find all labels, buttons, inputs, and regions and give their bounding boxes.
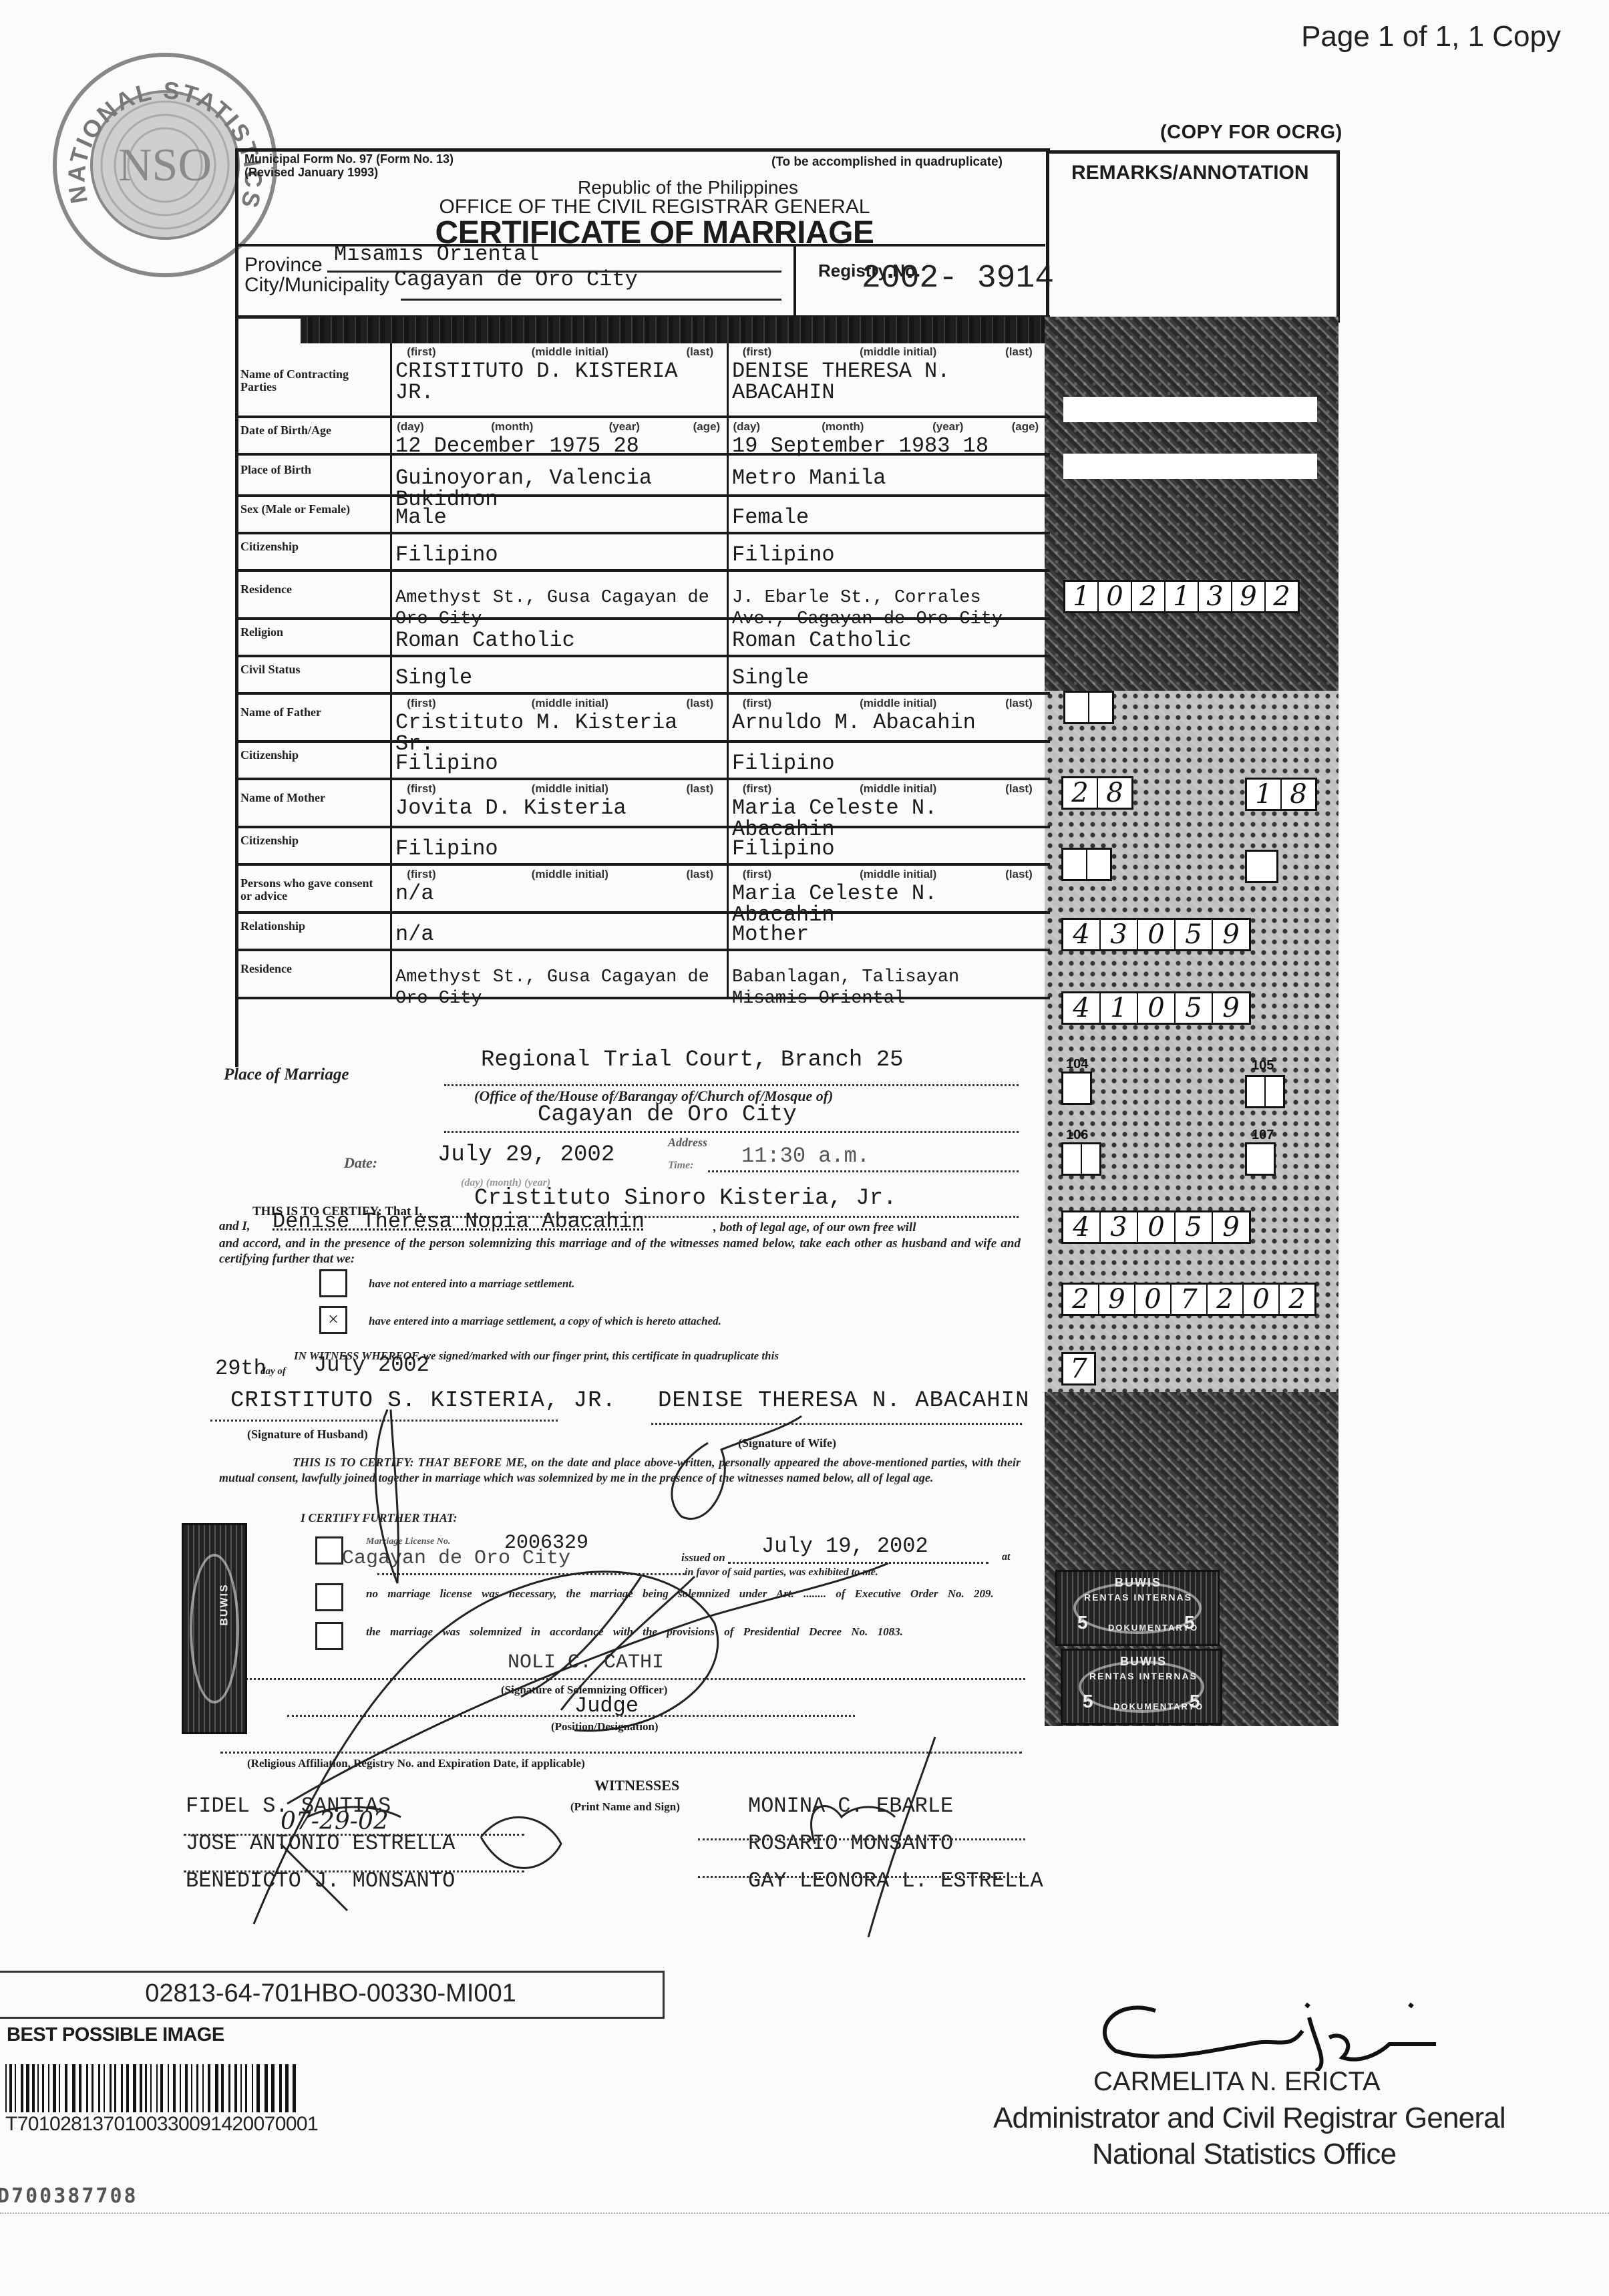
- subheader-first: (first): [407, 697, 435, 710]
- code-digit: 8: [1282, 780, 1315, 809]
- subheader-month: (month): [822, 420, 864, 434]
- subheader-first: (first): [407, 345, 435, 359]
- column-divider: [727, 497, 729, 532]
- column-divider: [390, 695, 392, 740]
- annotation-coding-column: 1021392 28 18 43059 41059 104 105 106 10…: [1045, 317, 1338, 1726]
- coding-blank-field: [1063, 454, 1317, 479]
- subheader-last: (last): [687, 782, 714, 796]
- table-row: Date of Birth/Age12 December 1975 2819 S…: [235, 418, 1050, 456]
- stamp-bottom-text: DOKUMENTARYO: [1113, 1701, 1204, 1711]
- column-divider: [390, 780, 392, 826]
- registrar-name: CARMELITA N. ERICTA: [1093, 2067, 1381, 2097]
- subheader-day: (day): [733, 420, 760, 434]
- code-digit: 1: [1247, 780, 1282, 809]
- code-digit: 9: [1232, 582, 1266, 611]
- code-digit: [1247, 1077, 1266, 1106]
- column-divider: [390, 620, 392, 655]
- husband-value: CRISTITUTO D. KISTERIA JR.: [395, 361, 724, 403]
- code-digit: 4: [1063, 920, 1101, 949]
- wife-value: Arnuldo M. Abacahin: [732, 712, 1041, 733]
- column-divider: [390, 951, 392, 997]
- subheader-year: (year): [609, 420, 640, 434]
- column-divider: [727, 418, 729, 453]
- place-code-box: 43059: [1061, 1210, 1251, 1244]
- age-wife-code-box: 18: [1245, 778, 1317, 811]
- province-label: Province: [244, 254, 323, 277]
- code-digit: [1063, 1074, 1090, 1103]
- column-divider: [727, 695, 729, 740]
- subheader-year: (year): [932, 420, 963, 434]
- certify-paragraph: and accord, and in the presence of the p…: [219, 1236, 1021, 1267]
- code-digit: 4: [1063, 1212, 1101, 1242]
- code-digit: 3: [1101, 1212, 1138, 1242]
- column-divider: [390, 866, 392, 911]
- subheader-month: (month): [491, 420, 533, 434]
- settlement-label: have entered into a marriage settlement,…: [369, 1315, 721, 1328]
- city-underline: [401, 299, 781, 301]
- subheader-last: (last): [1005, 782, 1033, 796]
- place-of-marriage-label: Place of Marriage: [224, 1065, 349, 1084]
- husband-value: Filipino: [395, 838, 724, 860]
- subheader-first: (first): [743, 868, 771, 881]
- stamp-text: BUWIS: [1120, 1655, 1167, 1669]
- column-divider: [390, 828, 392, 863]
- column-divider: [727, 620, 729, 655]
- row-label: Religion: [240, 626, 386, 639]
- dotted-line: [444, 1131, 1019, 1133]
- column-divider: [727, 866, 729, 911]
- form-number: Municipal Form No. 97 (Form No. 13) (Rev…: [244, 152, 454, 179]
- subheader-middle: (middle initial): [532, 345, 608, 359]
- subheader-middle: (middle initial): [532, 868, 608, 881]
- wife-value: Babanlagan, Talisayan Misamis Oriental: [732, 967, 1041, 1009]
- wife-value: Roman Catholic: [732, 630, 1041, 651]
- column-divider: [390, 572, 392, 617]
- wife-value: DENISE THERESA N. ABACAHIN: [732, 361, 1041, 403]
- subheader-age: (age): [693, 420, 721, 434]
- table-row: ReligionRoman CatholicRoman Catholic: [235, 620, 1050, 657]
- divider: [793, 246, 796, 318]
- coding-band: [301, 317, 1050, 343]
- code-label-107: 107: [1252, 1128, 1274, 1143]
- code-digit: 0: [1138, 1212, 1176, 1242]
- handwritten-signatures: [200, 1336, 1069, 1937]
- code-box-105: [1245, 1075, 1285, 1108]
- dotted-line: [444, 1084, 1019, 1086]
- row-label: Citizenship: [240, 540, 386, 553]
- code-box: [1063, 691, 1114, 724]
- column-divider: [727, 572, 729, 617]
- row-label: Place of Birth: [240, 464, 386, 476]
- column-divider: [390, 657, 392, 692]
- and-i-label: and I,: [219, 1219, 250, 1234]
- code-box-104: [1061, 1072, 1092, 1105]
- code-digit: 0: [1099, 582, 1132, 611]
- table-row: CitizenshipFilipinoFilipino: [235, 828, 1050, 866]
- wife-value: Filipino: [732, 544, 1041, 566]
- table-row: CitizenshipFilipinoFilipino: [235, 534, 1050, 572]
- column-divider: [727, 456, 729, 494]
- code-box-106: [1061, 1142, 1101, 1176]
- row-label: Name of Contracting Parties: [240, 368, 386, 393]
- form-revision-text: (Revised January 1993): [244, 166, 454, 179]
- stamp-text: BUWIS: [219, 1583, 231, 1625]
- settlement-checkbox[interactable]: ×: [319, 1306, 347, 1334]
- subheader-age: (age): [1012, 420, 1039, 434]
- subheader-last: (last): [1005, 868, 1033, 881]
- code-box: [1245, 850, 1278, 883]
- husband-full-name: Cristituto Sinoro Kisteria, Jr.: [474, 1186, 897, 1211]
- subheader-first: (first): [407, 782, 435, 796]
- subheader-last: (last): [687, 868, 714, 881]
- code-digit: [1089, 693, 1112, 722]
- subheader-middle: (middle initial): [532, 697, 608, 710]
- form-number-text: Municipal Form No. 97 (Form No. 13): [244, 152, 454, 166]
- best-possible-image-label: BEST POSSIBLE IMAGE: [7, 2024, 224, 2046]
- code-digit: 1: [1166, 582, 1199, 611]
- row-label: Name of Mother: [240, 792, 386, 804]
- code-digit: 9: [1213, 1212, 1249, 1242]
- column-divider: [390, 534, 392, 569]
- code-digit: [1247, 1144, 1274, 1174]
- code-digit: 0: [1135, 1285, 1172, 1314]
- husband-value: n/a: [395, 924, 724, 945]
- code-digit: 2: [1280, 1285, 1314, 1314]
- consent-code-box: 41059: [1061, 991, 1251, 1025]
- row-label: Citizenship: [240, 749, 386, 762]
- subheader-last: (last): [1005, 345, 1033, 359]
- code-digit: 5: [1176, 993, 1213, 1023]
- code-digit: 2: [1063, 778, 1098, 808]
- code-label-104: 104: [1066, 1057, 1088, 1072]
- quadruplicate-note: (To be accomplished in quadruplicate): [771, 155, 1003, 170]
- wife-value: Filipino: [732, 753, 1041, 774]
- code-label-106: 106: [1066, 1128, 1088, 1143]
- wife-value: Mother: [732, 924, 1041, 945]
- date-code-box: 2907202: [1061, 1283, 1316, 1316]
- husband-value: n/a: [395, 883, 724, 905]
- marriage-time: 11:30 a.m.: [741, 1144, 870, 1168]
- table-row: Sex (Male or Female)MaleFemale: [235, 497, 1050, 534]
- code-digit: 8: [1098, 778, 1131, 808]
- code-digit: 3: [1199, 582, 1232, 611]
- code-digit: [1087, 850, 1110, 879]
- column-divider: [390, 497, 392, 532]
- place-line2: Cagayan de Oro City: [538, 1102, 797, 1128]
- no-settlement-checkbox[interactable]: [319, 1269, 347, 1297]
- age-husband-code-box: 28: [1061, 776, 1133, 810]
- column-divider: [390, 743, 392, 778]
- code-digit: [1065, 693, 1089, 722]
- column-divider: [390, 914, 392, 949]
- column-divider: [727, 780, 729, 826]
- table-row: Name of FatherCristituto M. Kisteria Sr.…: [235, 695, 1050, 743]
- subheader-first: (first): [743, 697, 771, 710]
- copy-for-label: (COPY FOR OCRG): [1160, 122, 1343, 144]
- table-row: CitizenshipFilipinoFilipino: [235, 743, 1050, 780]
- column-divider: [727, 914, 729, 949]
- stamp-band-text: RENTAS INTERNAS: [1089, 1671, 1198, 1681]
- code-digit: 0: [1138, 993, 1176, 1023]
- wife-full-name: Denise Theresa Nopia Abacahin: [273, 1209, 645, 1234]
- code-digit: 0: [1244, 1285, 1280, 1314]
- seal-center-text: NSO: [118, 140, 212, 191]
- stamp-emblem: [190, 1554, 239, 1703]
- city-value: Cagayan de Oro City: [394, 267, 638, 292]
- wife-value: Filipino: [732, 838, 1041, 860]
- time-label: Time:: [668, 1160, 694, 1172]
- dotted-line: [708, 1170, 1019, 1172]
- table-row: Place of BirthGuinoyoran, Valencia Bukid…: [235, 456, 1050, 497]
- husband-value: Filipino: [395, 753, 724, 774]
- subheader-middle: (middle initial): [860, 697, 936, 710]
- marriage-date: July 29, 2002: [437, 1142, 614, 1168]
- husband-value: 12 December 1975 28: [395, 436, 724, 457]
- subheader-first: (first): [407, 868, 435, 881]
- subheader-middle: (middle initial): [532, 782, 608, 796]
- column-divider: [390, 343, 392, 416]
- table-row: Name of Contracting PartiesCRISTITUTO D.…: [235, 343, 1050, 418]
- column-divider: [727, 743, 729, 778]
- code-digit: 2: [1208, 1285, 1244, 1314]
- barcode-icon: [5, 2064, 299, 2112]
- code-digit: 0: [1138, 920, 1176, 949]
- row-label: Name of Father: [240, 706, 386, 719]
- column-divider: [727, 828, 729, 863]
- table-row: ResidenceAmethyst St., Gusa Cagayan de O…: [235, 951, 1050, 999]
- registrar-office: National Statistics Office: [1092, 2138, 1396, 2171]
- column-divider: [727, 657, 729, 692]
- row-label: Residence: [240, 963, 386, 975]
- date-label: Date:: [344, 1154, 377, 1172]
- stamp-bottom-text: DOKUMENTARYO: [1108, 1623, 1198, 1633]
- address-label: Address: [668, 1136, 707, 1150]
- subheader-first: (first): [743, 345, 771, 359]
- code-digit: [1082, 1144, 1099, 1174]
- table-row: Relationshipn/aMother: [235, 914, 1050, 951]
- code-digit: 1: [1101, 993, 1138, 1023]
- code-digit: [1266, 1077, 1283, 1106]
- table-row: Civil StatusSingleSingle: [235, 657, 1050, 695]
- wife-value: 19 September 1983 18: [732, 436, 1041, 457]
- code-digit: [1063, 850, 1087, 879]
- documentary-stamp-left: BUWIS: [182, 1523, 247, 1734]
- subheader-last: (last): [687, 697, 714, 710]
- code-digit: 2: [1063, 1285, 1099, 1314]
- documentary-stamp-bottom: BUWIS RENTAS INTERNAS 5 5 DOKUMENTARYO: [1061, 1649, 1222, 1725]
- husband-value: Male: [395, 507, 724, 528]
- residence-code-box: 43059: [1061, 918, 1251, 951]
- province-value: Misamis Oriental: [334, 242, 539, 267]
- husband-value: Amethyst St., Gusa Cagayan de Oro City: [395, 967, 724, 1009]
- column-divider: [727, 951, 729, 997]
- place-line1: Regional Trial Court, Branch 25: [481, 1047, 904, 1073]
- column-divider: [727, 343, 729, 416]
- code-digit: 2: [1132, 582, 1166, 611]
- code-digit: 9: [1213, 993, 1249, 1023]
- divider: [0, 2212, 1609, 2214]
- coding-blank-field: [1063, 397, 1317, 422]
- remarks-title: REMARKS/ANNOTATION: [1071, 162, 1309, 184]
- code-digit: [1247, 852, 1276, 881]
- row-label: Relationship: [240, 920, 386, 933]
- subheader-last: (last): [1005, 697, 1033, 710]
- column-divider: [727, 534, 729, 569]
- stamp-text: BUWIS: [1115, 1576, 1161, 1590]
- row-label: Civil Status: [240, 663, 386, 676]
- no-settlement-label: have not entered into a marriage settlem…: [369, 1277, 574, 1291]
- row-label: Date of Birth/Age: [240, 424, 386, 437]
- code-label-105: 105: [1252, 1058, 1274, 1074]
- table-row: ResidenceAmethyst St., Gusa Cagayan de O…: [235, 572, 1050, 620]
- page-count-label: Page 1 of 1, 1 Copy: [1301, 20, 1561, 53]
- code-digit: 5: [1176, 920, 1213, 949]
- registry-code-box: 1021392: [1063, 580, 1300, 613]
- subheader-middle: (middle initial): [860, 345, 936, 359]
- row-label: Residence: [240, 583, 386, 596]
- code-digit: 9: [1099, 1285, 1135, 1314]
- row-label: Citizenship: [240, 834, 386, 847]
- city-label: City/Municipality: [244, 274, 389, 297]
- table-row: Name of MotherJovita D. KisteriaMaria Ce…: [235, 780, 1050, 828]
- row-label: Persons who gave consent or advice: [240, 877, 386, 903]
- code-digit: 5: [1176, 1212, 1213, 1242]
- code-digit: 4: [1063, 993, 1101, 1023]
- code-digit: 3: [1101, 920, 1138, 949]
- subheader-middle: (middle initial): [860, 782, 936, 796]
- wife-value: Single: [732, 667, 1041, 689]
- husband-value: Filipino: [395, 544, 724, 566]
- documentary-stamp-top: BUWIS RENTAS INTERNAS 5 5 DOKUMENTARYO: [1055, 1570, 1220, 1646]
- code-digit: 1: [1065, 582, 1099, 611]
- subheader-middle: (middle initial): [860, 868, 936, 881]
- reference-number: 02813-64-701HBO-00330-MI001: [0, 1979, 661, 2008]
- husband-value: Jovita D. Kisteria: [395, 798, 724, 819]
- column-divider: [390, 418, 392, 453]
- code-digit: 9: [1213, 920, 1249, 949]
- row-label: Sex (Male or Female): [240, 503, 386, 516]
- code-digit: [1063, 1144, 1082, 1174]
- code-digit: 2: [1266, 582, 1298, 611]
- subheader-last: (last): [687, 345, 714, 359]
- husband-value: Single: [395, 667, 724, 689]
- wife-value: Metro Manila: [732, 468, 1041, 489]
- registry-value: 2002- 3914: [862, 261, 1054, 297]
- code-box-107: [1245, 1142, 1276, 1176]
- husband-value: Roman Catholic: [395, 630, 724, 651]
- stamp-value: 5: [1083, 1691, 1095, 1712]
- stamp-band-text: RENTAS INTERNAS: [1084, 1592, 1192, 1603]
- wife-value: Female: [732, 507, 1041, 528]
- subheader-first: (first): [743, 782, 771, 796]
- table-row: Persons who gave consent or advicen/aMar…: [235, 866, 1050, 914]
- registrar-signature: [1075, 1991, 1449, 2071]
- barcode-number: T7010281370100330091420070001: [5, 2113, 318, 2136]
- code-digit: 7: [1172, 1285, 1208, 1314]
- subheader-day: (day): [397, 420, 424, 434]
- document-id: D700387708: [0, 2184, 138, 2208]
- column-divider: [390, 456, 392, 494]
- code-box: [1061, 848, 1112, 881]
- certify-tail: , both of legal age, of our own free wil…: [713, 1220, 916, 1235]
- stamp-value: 5: [1077, 1612, 1089, 1633]
- registrar-title: Administrator and Civil Registrar Genera…: [993, 2102, 1505, 2135]
